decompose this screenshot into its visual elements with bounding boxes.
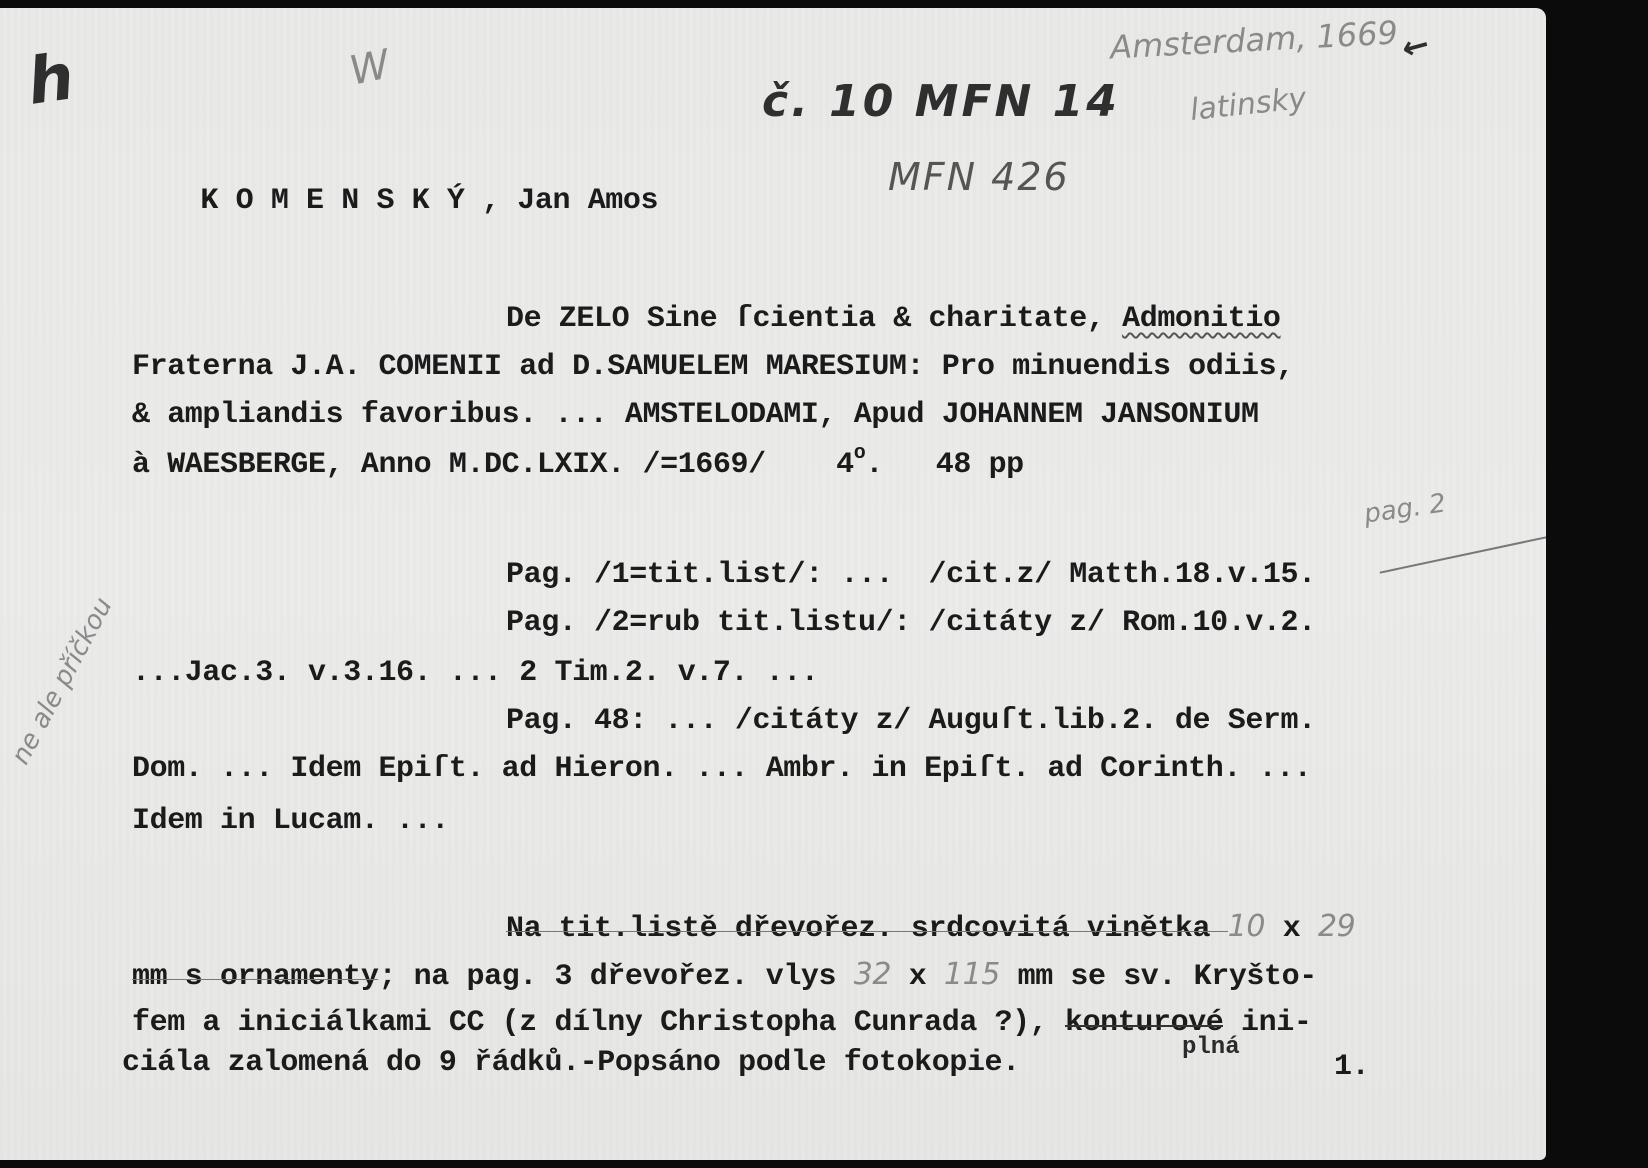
struck-text: Na tit.listě	[506, 912, 717, 946]
author-given-names: Jan Amos	[517, 184, 658, 218]
heading-separator: ,	[464, 184, 499, 218]
note-line-1: Pag. /1=tit.list/: ... /cit.z/ Matth.18.…	[506, 560, 1316, 590]
description-text: dřevořez. srdcovitá vinětka	[717, 912, 1228, 946]
note-line-6: Idem in Lucam. ...	[132, 806, 449, 836]
handwritten-dimension: 115	[944, 957, 1000, 992]
title-line-1: De ZELO Sine ſcientia & charitate, Admon…	[506, 304, 1281, 334]
handwritten-margin-note: ne ale příčkou	[7, 594, 116, 769]
dimension-x: x	[1265, 912, 1318, 946]
author-heading: K O M E N S K Ý , Jan Amos	[130, 156, 658, 246]
imprint-text: à WAESBERGE, Anno M.DC.LXIX. /=1669/ 4	[132, 448, 854, 482]
title-line-2: Fraterna J.A. COMENII ad D.SAMUELEM MARE…	[132, 352, 1294, 382]
description-text: fem a iniciálkami CC (z dílny Christopha…	[132, 1006, 1065, 1040]
handwritten-dimension: 29	[1318, 909, 1355, 944]
note-line-5: Dom. ... Idem Epiſt. ad Hieron. ... Ambr…	[132, 754, 1311, 784]
description-line-4: ciála zalomená do 9 řádků.-Popsáno podle…	[122, 1048, 1020, 1078]
note-line-2: Pag. /2=rub tit.listu/: /citáty z/ Rom.1…	[506, 608, 1316, 638]
description-line-2: mm s ornamenty; na pag. 3 dřevořez. vlys…	[132, 960, 1317, 992]
catalog-card: h W č. 10 MFN 14 MFN 426 Amsterdam, 1669…	[0, 8, 1546, 1160]
margin-line	[1380, 536, 1546, 573]
format-superscript: o	[854, 442, 866, 465]
handwritten-place-year: Amsterdam, 1669	[1109, 16, 1398, 63]
struck-text: mm s ornamenty	[132, 960, 378, 994]
handwritten-initial: h	[24, 45, 78, 115]
note-line-4: Pag. 48: ... /citáty z/ Auguſt.lib.2. de…	[506, 706, 1316, 736]
pagination-text: . 48 pp	[865, 448, 1023, 482]
dimension-x: x	[891, 960, 944, 994]
handwritten-shelf-number: č. 10 MFN 14	[762, 80, 1120, 124]
arrow-icon: ←	[1398, 27, 1432, 65]
note-line-3: ...Jac.3. v.3.16. ... 2 Tim.2. v.7. ...	[132, 658, 819, 688]
handwritten-dimension: 32	[854, 957, 891, 992]
handwritten-language: latinsky	[1189, 84, 1308, 126]
imprint-line: à WAESBERGE, Anno M.DC.LXIX. /=1669/ 4o.…	[132, 450, 1024, 480]
title-text: De ZELO Sine ſcientia & charitate,	[506, 302, 1122, 336]
handwritten-right-margin: pag. 2	[1363, 490, 1448, 527]
description-line-1: Na tit.listě dřevořez. srdcovitá vinětka…	[506, 912, 1355, 944]
correction-above: plná	[1182, 1034, 1240, 1061]
description-text: mm se sv. Kryšto-	[1000, 960, 1317, 994]
handwritten-dimension: 10	[1228, 909, 1265, 944]
title-underlined-word: Admonitio	[1122, 302, 1280, 336]
card-number: 1.	[1334, 1052, 1369, 1082]
handwritten-mfn: MFN 426	[888, 158, 1070, 196]
description-text: ; na pag. 3 dřevořez. vlys	[378, 960, 853, 994]
handwritten-mark: W	[346, 44, 393, 91]
author-surname: K O M E N S K Ý	[200, 184, 464, 218]
description-line-3: fem a iniciálkami CC (z dílny Christopha…	[132, 1008, 1311, 1038]
title-line-3: & ampliandis favoribus. ... AMSTELODAMI,…	[132, 400, 1259, 430]
